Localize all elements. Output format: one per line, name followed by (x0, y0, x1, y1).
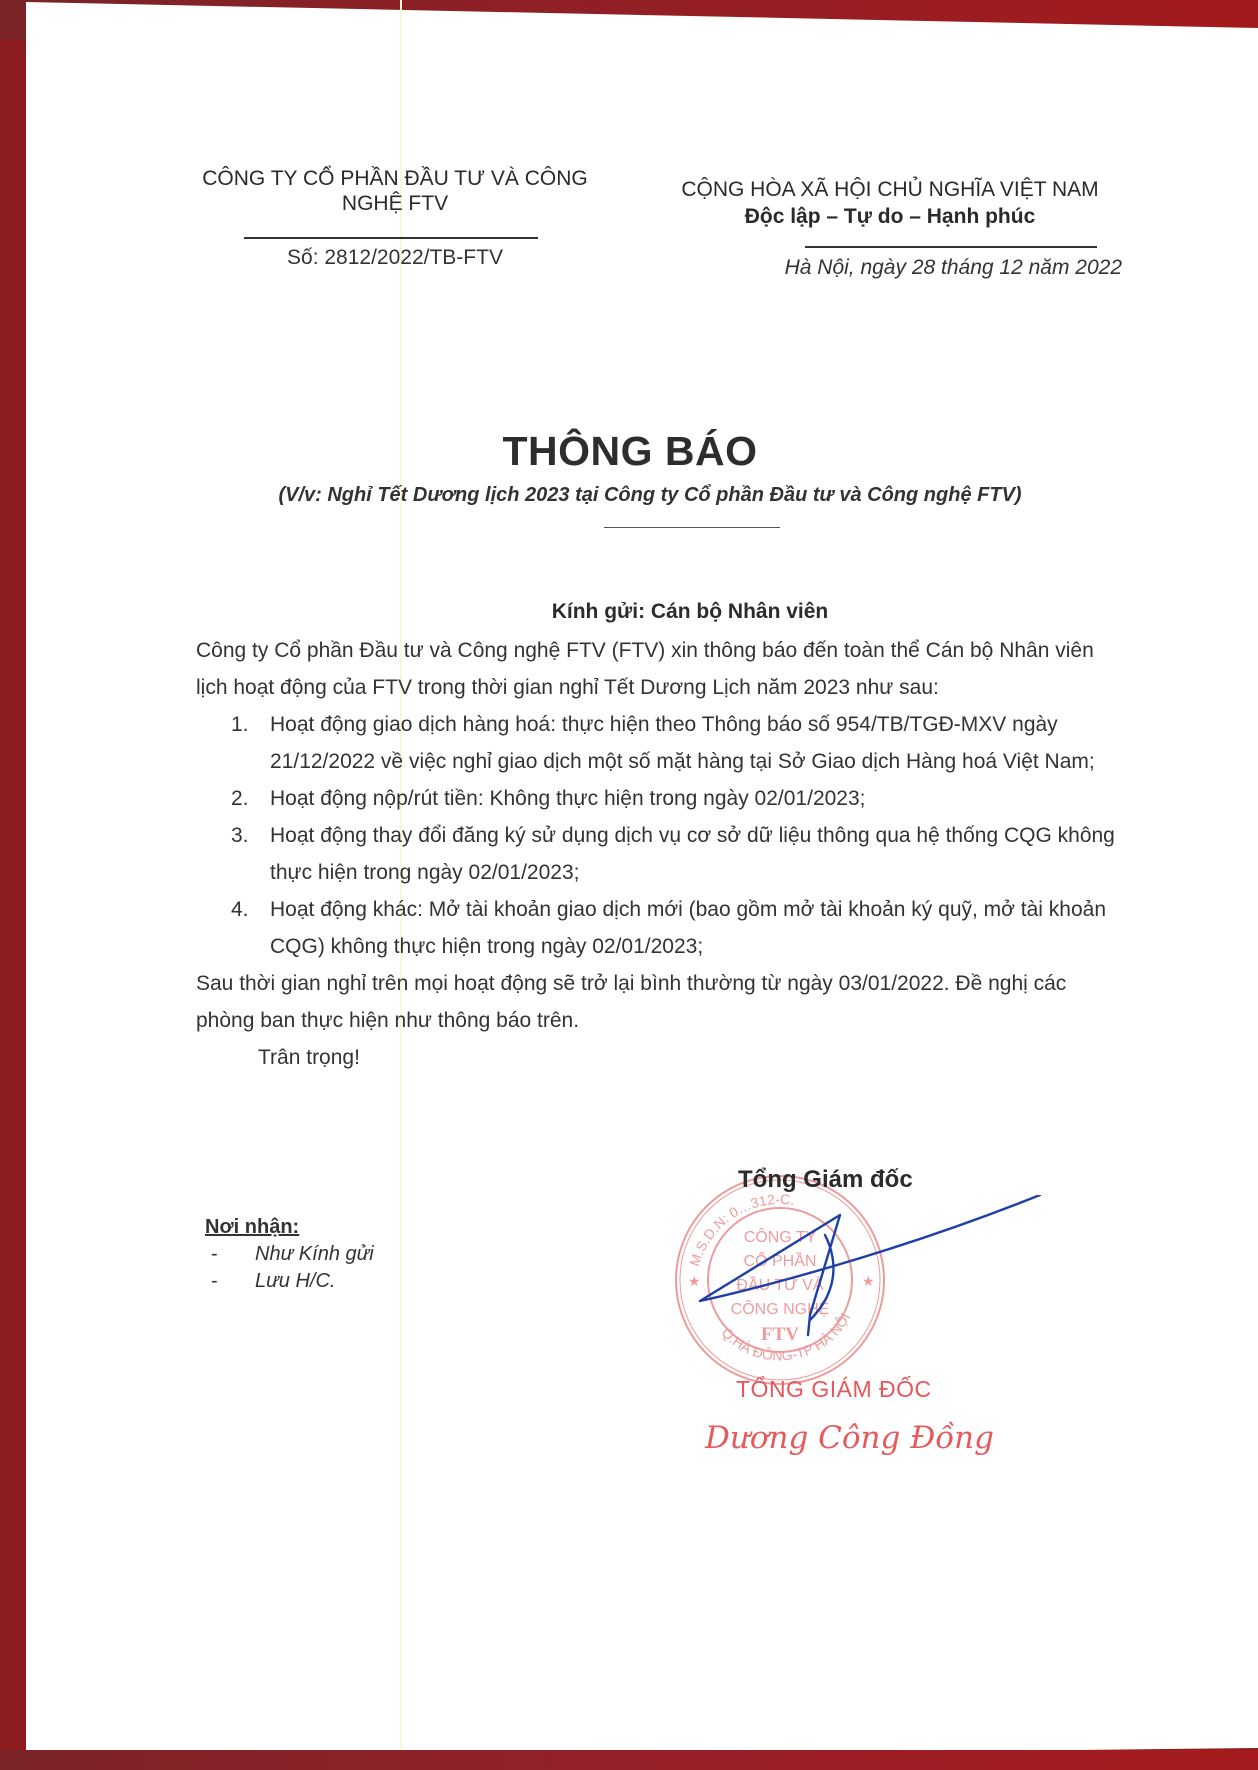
list-text: Hoạt động giao dịch hàng hoá: thực hiện … (270, 713, 1095, 773)
place-and-date: Hà Nội, ngày 28 tháng 12 năm 2022 (700, 256, 1122, 280)
list-number: 2. (231, 780, 249, 817)
subject-divider (604, 527, 780, 528)
activity-list: 1.Hoạt động giao dịch hàng hoá: thực hiệ… (196, 706, 1126, 965)
recipient-item: -Như Kính gửi (205, 1241, 374, 1268)
document-body: Công ty Cổ phần Đầu tư và Công nghệ FTV … (196, 632, 1126, 1076)
list-number: 1. (231, 706, 249, 743)
national-motto: Độc lập – Tự do – Hạnh phúc (650, 203, 1130, 230)
regards: Trân trọng! (196, 1039, 1126, 1076)
list-item: 3.Hoạt động thay đổi đăng ký sử dụng dịc… (196, 817, 1126, 891)
list-item: 1.Hoạt động giao dịch hàng hoá: thực hiệ… (196, 706, 1126, 780)
list-item: 4.Hoạt động khác: Mở tài khoản giao dịch… (196, 891, 1126, 965)
salutation: Kính gửi: Cán bộ Nhân viên (170, 600, 1210, 624)
signatory-title: Tổng Giám đốc (738, 1166, 913, 1194)
list-text: Hoạt động thay đổi đăng ký sử dụng dịch … (270, 824, 1115, 884)
list-item: 2.Hoạt động nộp/rút tiền: Không thực hiệ… (196, 780, 1126, 817)
country-name: CỘNG HÒA XÃ HỘI CHỦ NGHĨA VIỆT NAM (650, 176, 1130, 203)
header-divider-right (805, 246, 1097, 248)
intro-paragraph: Công ty Cổ phần Đầu tư và Công nghệ FTV … (196, 632, 1126, 706)
national-header: CỘNG HÒA XÃ HỘI CHỦ NGHĨA VIỆT NAM Độc l… (650, 176, 1130, 230)
document-title: THÔNG BÁO (0, 428, 1258, 475)
signatory-name: Dương Công Đồng (705, 1420, 994, 1456)
company-name: CÔNG TY CỔ PHẦN ĐẦU TƯ VÀ CÔNG NGHỆ FTV (170, 166, 620, 216)
list-text: Hoạt động khác: Mở tài khoản giao dịch m… (270, 898, 1106, 958)
recipients-block: Nơi nhận: -Như Kính gửi -Lưu H/C. (205, 1214, 374, 1295)
scan-border-bottom (0, 1750, 1258, 1770)
handwritten-signature-icon (690, 1195, 1050, 1355)
header-divider-left (244, 237, 538, 239)
recipients-title: Nơi nhận: (205, 1214, 374, 1241)
document-number: Số: 2812/2022/TB-FTV (170, 246, 620, 270)
list-number: 4. (231, 891, 249, 928)
signatory-role-stamp: TỔNG GIÁM ĐỐC (736, 1376, 932, 1403)
closing-paragraph: Sau thời gian nghỉ trên mọi hoạt động sẽ… (196, 965, 1126, 1039)
list-text: Hoạt động nộp/rút tiền: Không thực hiện … (270, 787, 866, 810)
recipient-item: -Lưu H/C. (205, 1268, 374, 1295)
document-subject: (V/v: Nghỉ Tết Dương lịch 2023 tại Công … (150, 484, 1150, 507)
list-number: 3. (231, 817, 249, 854)
